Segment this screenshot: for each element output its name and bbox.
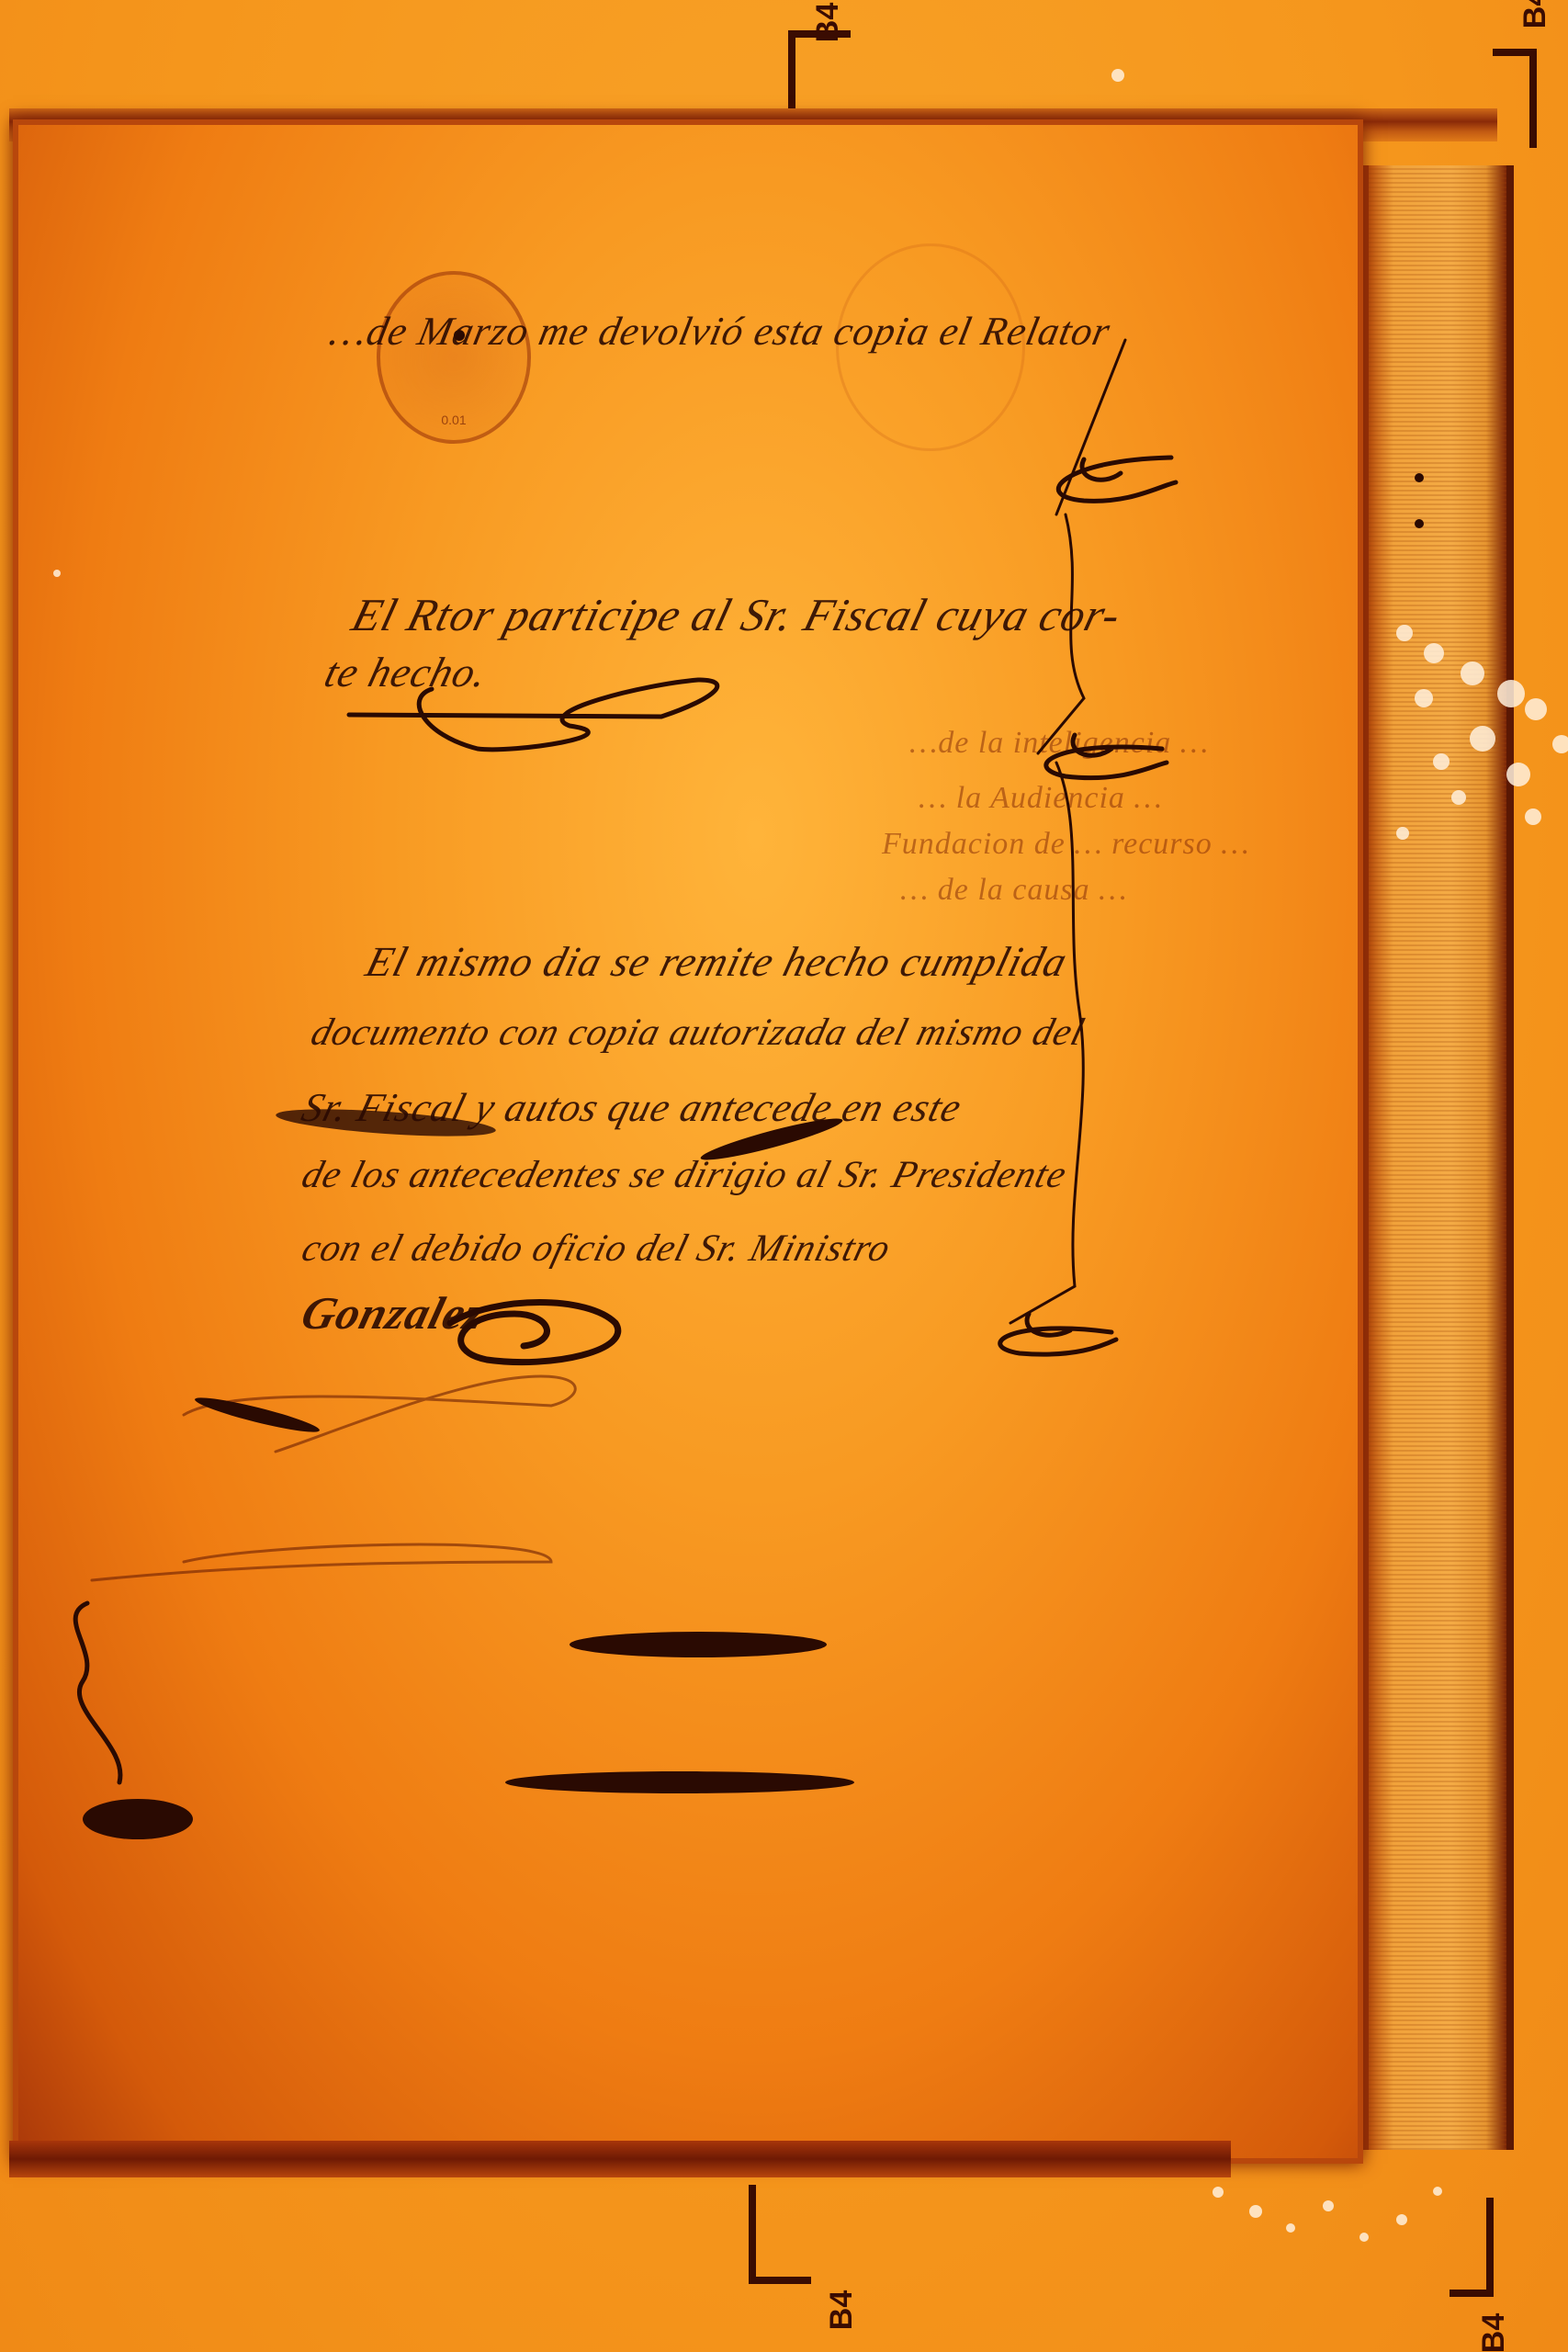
paragraph-2-line: documento con copia autorizada del mismo… (307, 1011, 1089, 1055)
paragraph-2-line: Sr. Fiscal y autos que antecede en este (297, 1084, 967, 1131)
manuscript-page (13, 119, 1363, 2164)
bleedthrough-line: … la Audiencia … (919, 781, 1163, 816)
calibration-label-top-left: B4 (810, 3, 846, 42)
paragraph-2-line: con el debido oficio del Sr. Ministro (298, 1227, 896, 1271)
bleedthrough-line: Fundacion de … recurso … (882, 827, 1249, 862)
signature-name: Gonzalez (296, 1286, 491, 1340)
paragraph-2-line: El mismo dia se remite hecho cumplida (361, 937, 1073, 986)
heading-line: …de Marzo me devolvió esta copia el Rela… (326, 308, 1115, 355)
calibration-label-top-right: B4 (1517, 0, 1553, 28)
official-seal-stamp: 0.01 (377, 271, 531, 444)
bleedthrough-line: … de la causa … (900, 873, 1127, 908)
bleedthrough-line: …de la inteligencia … (909, 726, 1209, 761)
calibration-mark-bottom-left (749, 2185, 811, 2284)
calibration-mark-top-right (1493, 49, 1537, 148)
calibration-label-bottom-left: B4 (824, 2290, 860, 2330)
paragraph-2-line: de los antecedentes se dirigio al Sr. Pr… (298, 1153, 1072, 1197)
paragraph-1-line: El Rtor participe al Sr. Fiscal cuya cor… (346, 588, 1127, 641)
binding-strip (1359, 165, 1514, 2150)
page-bottom-edge (9, 2141, 1231, 2177)
calibration-label-bottom-right: B4 (1476, 2313, 1512, 2352)
calibration-mark-bottom-right (1450, 2198, 1494, 2297)
stamp-text: 0.01 (380, 413, 527, 427)
paragraph-1-line: te hecho. (320, 648, 493, 696)
